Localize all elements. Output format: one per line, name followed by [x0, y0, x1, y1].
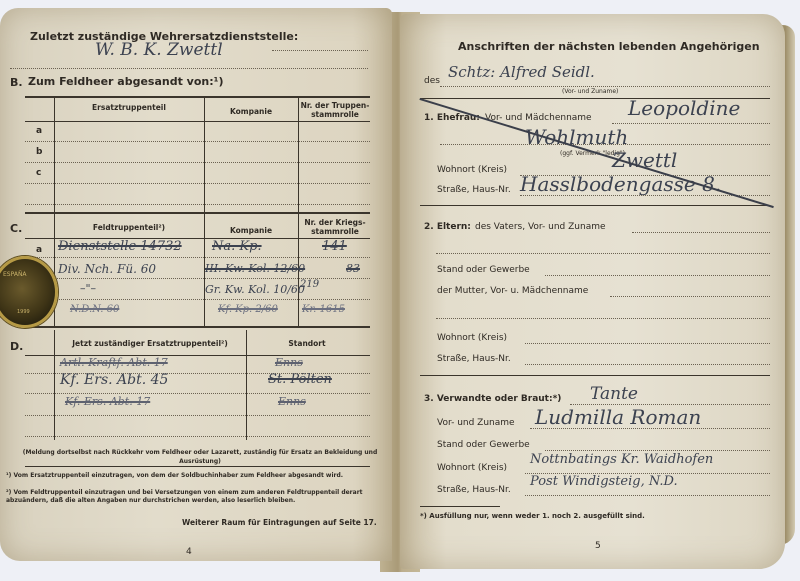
relative-name-label: Vor- und Zuname [437, 418, 515, 428]
col-header: Standort [247, 339, 367, 348]
section-d-note: (Meldung dortselbst nach Rückkehr vom Fe… [20, 448, 380, 466]
dotted-line [25, 141, 370, 142]
relative-relation: Tante [590, 384, 638, 404]
wife-street-label: Straße, Haus-Nr. [437, 185, 511, 195]
dotted-line [10, 68, 368, 69]
relative-residence: Nottnbatings Kr. Waidhofen [530, 452, 713, 467]
field-number-entry: 83 [346, 262, 360, 275]
location-entry: Enns [275, 356, 303, 369]
dotted-line [530, 428, 770, 429]
field-unit-entry: N.D.N. 60 [70, 304, 119, 315]
parents-residence-label: Wohnort (Kreis) [437, 333, 507, 343]
relative-occupation-label: Stand oder Gewerbe [437, 440, 530, 450]
field-company-entry: Gr. Kw. Kol. 10/60 [205, 283, 305, 296]
field-number-entry: 141 [322, 239, 347, 254]
rule [25, 96, 370, 98]
dotted-line [436, 318, 770, 319]
section-2-label: 2. Eltern: [424, 222, 471, 232]
des-label: des [424, 76, 440, 86]
coin-year: 1999 [17, 309, 30, 315]
dotted-line [632, 232, 770, 233]
relative-name: Ludmilla Roman [535, 405, 701, 429]
col-header: Nr. der Kriegs-stammrolle [300, 218, 370, 236]
dotted-line [525, 495, 770, 496]
dotted-line [272, 50, 368, 51]
parents-street-label: Straße, Haus-Nr. [437, 354, 511, 364]
wife-first-name: Leopoldine [628, 96, 740, 120]
soldier-name: Schtz: Alfred Seidl. [448, 63, 595, 81]
section-b-title: Zum Feldheer abgesandt von:¹) [28, 75, 223, 88]
dotted-line [525, 343, 770, 344]
rule [25, 326, 370, 328]
dotted-line [25, 393, 370, 394]
rule [420, 205, 770, 206]
header-value: W. B. K. Zwettl [95, 40, 223, 60]
field-unit-entry: Div. Nch. Fü. 60 [58, 262, 156, 276]
col-header: Kompanie [205, 226, 297, 235]
section-b-letter: B. [10, 76, 23, 89]
field-unit-entry: –"– [80, 282, 96, 295]
mother-name-label: der Mutter, Vor- u. Mädchenname [437, 286, 588, 296]
location-entry: St. Pölten [268, 372, 332, 387]
dotted-line [25, 183, 370, 184]
section-3-label: 3. Verwandte oder Braut:*) [424, 394, 561, 404]
dotted-line [525, 364, 770, 365]
dotted-line [545, 450, 770, 451]
dotted-line [25, 299, 370, 300]
father-name-label: des Vaters, Vor- und Zuname [475, 222, 606, 232]
col-header: Feldtruppenteil²) [55, 223, 203, 232]
dotted-line [612, 123, 770, 124]
row-label: c [36, 168, 41, 178]
footnote-2: ²) Vom Feldtruppenteil einzutragen und b… [6, 489, 371, 505]
dotted-line [25, 415, 370, 416]
name-caption: (Vor- und Zuname) [562, 88, 618, 95]
soldbuch-open-spread: Zuletzt zuständige Wehrersatzdienststell… [0, 0, 800, 581]
col-divider [298, 96, 299, 214]
col-header: Nr. der Truppen-stammrolle [300, 101, 370, 119]
dotted-line [440, 86, 770, 87]
page-number-4: 4 [186, 547, 192, 557]
field-company-entry: III. Kw. Kol. 12/60 [205, 262, 305, 275]
right-footnote: *) Ausfüllung nur, wenn weder 1. noch 2.… [420, 512, 645, 520]
col-divider [54, 96, 55, 214]
rule [420, 506, 500, 507]
father-occupation-label: Stand oder Gewerbe [437, 265, 530, 275]
coin-text: ESPAÑA [3, 271, 27, 278]
footnote-1: ¹) Vom Ersatztruppenteil einzutragen, vo… [6, 472, 371, 480]
replacement-unit-entry: Kf. Ers. Abt. 17 [65, 395, 150, 408]
col-header: Jetzt zuständiger Ersatztruppenteil²) [55, 339, 245, 348]
wife-name-label: Vor- und Mädchenname [485, 113, 592, 123]
field-company-entry: Na. Kp. [212, 239, 262, 254]
dotted-line [436, 253, 770, 254]
relative-residence-label: Wohnort (Kreis) [437, 463, 507, 473]
rule [420, 375, 770, 376]
rule [25, 466, 370, 467]
field-number-entry: Kr. 1615 [302, 304, 345, 315]
location-entry: Enns [278, 395, 306, 408]
page-number-5: 5 [595, 541, 601, 551]
rule [25, 121, 370, 122]
wife-street: Hasslbodengasse 8. [520, 172, 721, 196]
dotted-line [25, 436, 370, 437]
dotted-line [25, 257, 370, 258]
relative-street-label: Straße, Haus-Nr. [437, 485, 511, 495]
dotted-line [610, 296, 770, 297]
wife-residence-label: Wohnort (Kreis) [437, 165, 507, 175]
field-unit-entry: Dienststelle 14732 [58, 239, 182, 254]
dotted-line [25, 162, 370, 163]
row-label: a [36, 245, 42, 255]
col-header: Kompanie [205, 107, 297, 116]
row-label: a [36, 126, 42, 136]
relative-street: Post Windigsteig, N.D. [530, 474, 678, 489]
replacement-unit-entry: Kf. Ers. Abt. 45 [60, 372, 168, 388]
col-header: Ersatztruppenteil [55, 103, 203, 112]
rule [25, 212, 370, 214]
continuation-note: Weiterer Raum für Eintragungen auf Seite… [182, 518, 377, 527]
dotted-line [545, 275, 770, 276]
replacement-unit-entry: Artl. Kraftf. Abt. 17 [60, 356, 168, 369]
dotted-line [440, 144, 770, 145]
row-label: b [36, 147, 42, 157]
section-d-letter: D. [10, 340, 23, 353]
right-page-title: Anschriften der nächsten lebenden Angehö… [458, 40, 760, 53]
field-number-entry: 219 [300, 279, 319, 290]
dotted-line [25, 204, 370, 205]
field-company-entry: Kf. Kp. 2/60 [218, 304, 278, 315]
section-c-letter: C. [10, 222, 22, 235]
